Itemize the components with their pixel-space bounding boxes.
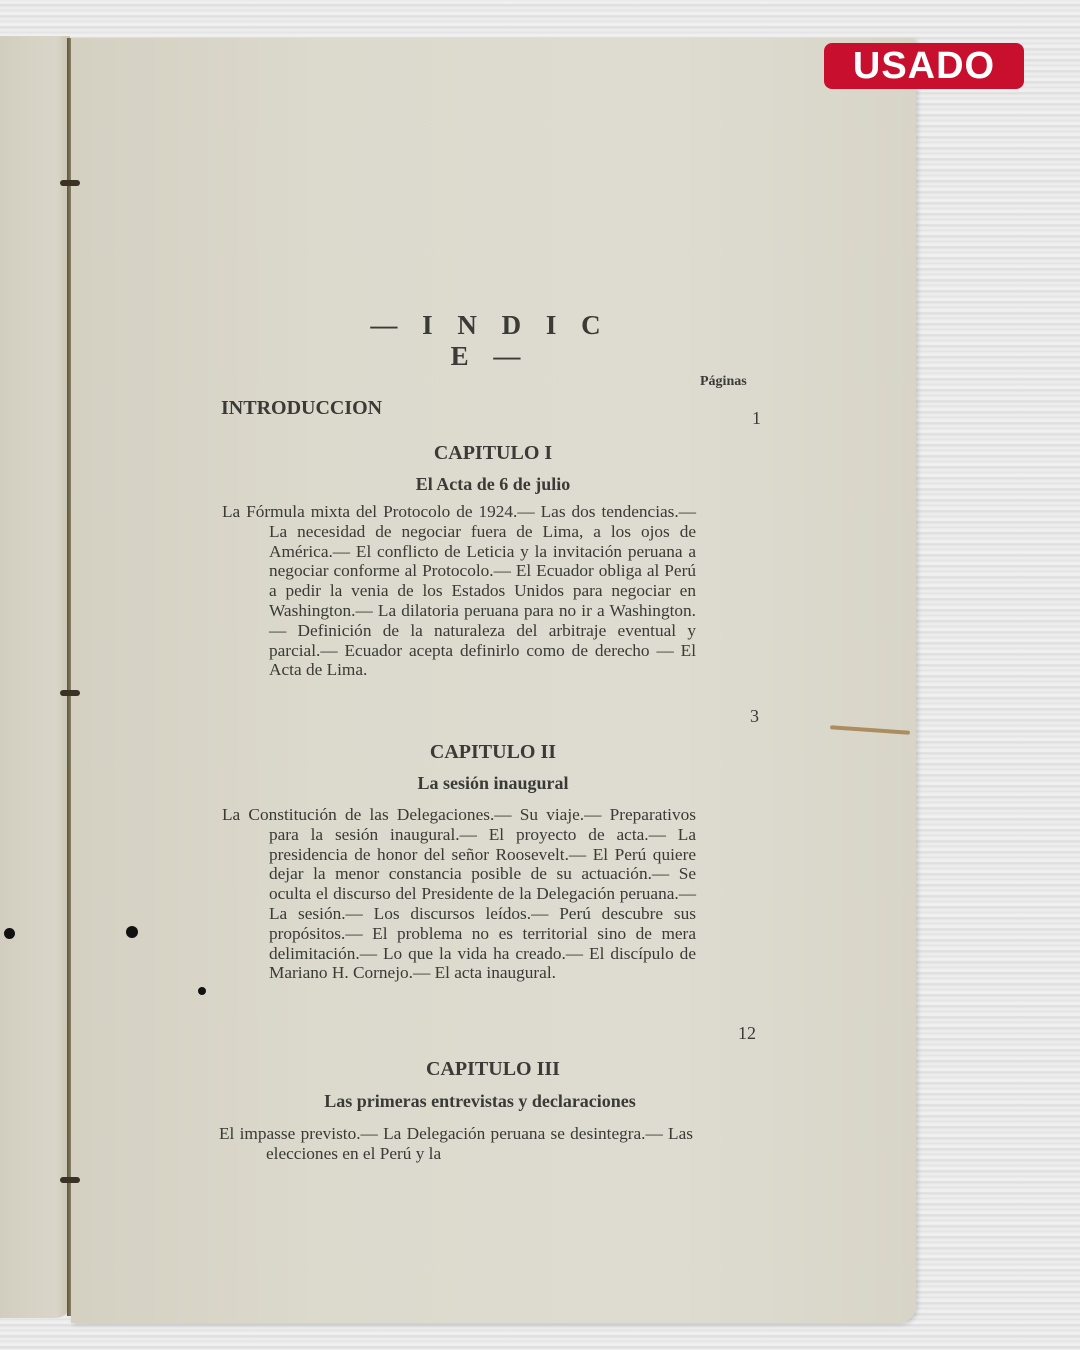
chapter-summary: La Fórmula mixta del Protocolo de 1924.—… <box>222 502 696 680</box>
book-spine <box>67 38 71 1316</box>
index-title: — I N D I C E — <box>360 310 620 372</box>
binding-stitch <box>60 1177 80 1183</box>
punch-hole <box>4 928 15 939</box>
chapter-heading: CAPITULO I <box>213 442 773 465</box>
binding-stitch <box>60 180 80 186</box>
binding-stitch <box>60 690 80 696</box>
punch-hole <box>126 926 138 938</box>
chapter-summary: El impasse previsto.— La Delegación peru… <box>219 1124 693 1164</box>
page-number: 1 <box>752 408 761 429</box>
chapter-heading: CAPITULO III <box>213 1058 773 1081</box>
left-page <box>0 36 70 1318</box>
pages-column-header: Páginas <box>700 374 747 390</box>
introduction-entry: INTRODUCCION <box>221 397 382 420</box>
chapter-subtitle: La sesión inaugural <box>213 773 773 794</box>
chapter-subtitle: El Acta de 6 de julio <box>213 474 773 495</box>
chapter-heading: CAPITULO II <box>213 741 773 764</box>
chapter-summary: La Constitución de las Delegaciones.— Su… <box>222 805 696 983</box>
page-number: 12 <box>738 1023 756 1044</box>
punch-hole <box>198 987 206 995</box>
used-condition-badge: USADO <box>824 43 1024 89</box>
chapter-subtitle: Las primeras entrevistas y declaraciones <box>200 1091 760 1112</box>
page-number: 3 <box>750 706 759 727</box>
